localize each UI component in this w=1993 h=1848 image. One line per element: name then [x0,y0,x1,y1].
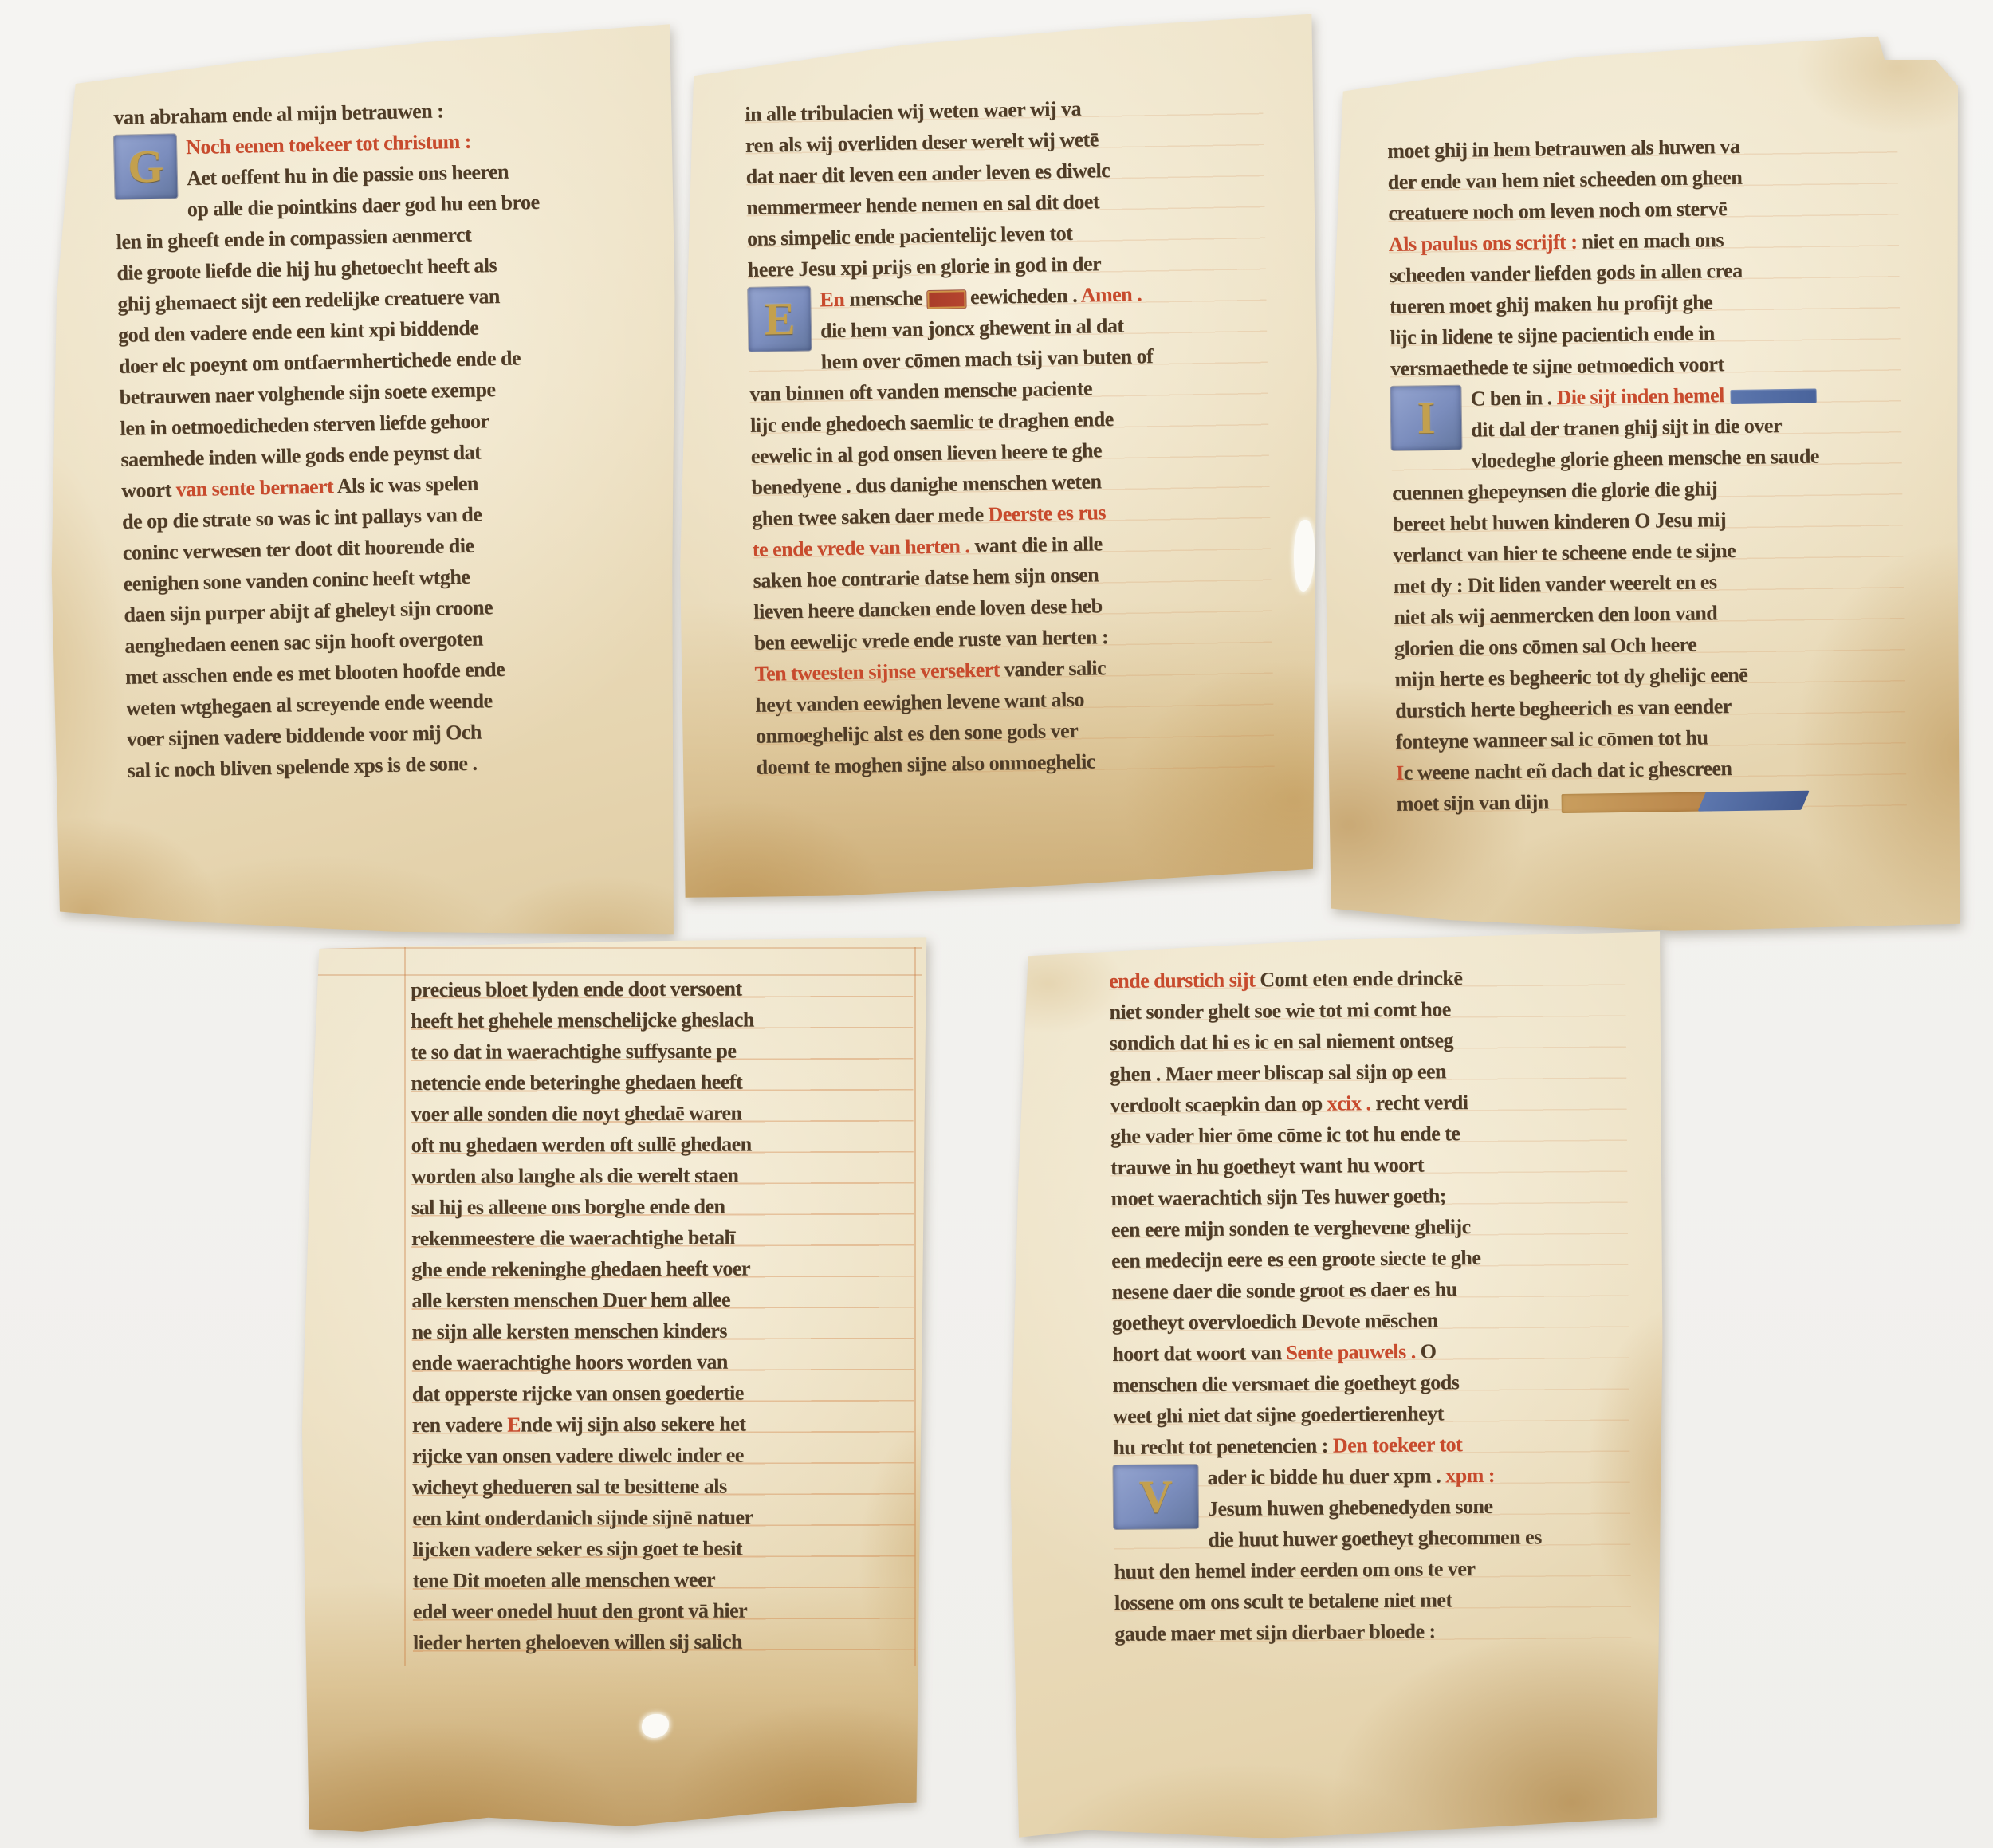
body-text: bereet hebt huwen kinderen O Jesu mij [1393,508,1727,536]
illuminated-initial: E [748,287,811,352]
body-text: menschen die versmaet die goetheyt gods [1112,1370,1459,1397]
illuminated-initial: G [114,134,178,199]
text-line: ghe ende rekeninghe ghedaen heeft voer [411,1252,914,1285]
body-text: len in gheeft ende in compassien aenmerc… [116,223,471,254]
body-text: ghij ghemaect sijt een redelijke creatue… [117,285,500,316]
body-text: coninc verwesen ter doot dit hoorende di… [123,534,474,564]
text-line: precieus bloet lyden ende doot versoent [411,973,913,1005]
body-text: ghe vader hier ōme cōme ic tot hu ende t… [1110,1122,1460,1148]
body-text: O [1416,1339,1437,1362]
body-text: ader ic bidde hu duer xpm . [1207,1464,1445,1489]
text-line: ende waerachtighe hoors worden van [412,1346,914,1378]
rubric-text: ende durstich sijt [1109,968,1260,993]
body-text: te so dat in waerachtighe suffysante pe [411,1040,736,1064]
body-text: Als ic was spelen [336,472,478,498]
leaf-1-text: van abraham ende al mijn betrauwen :GNoc… [113,92,638,786]
rubric-text: En [820,288,849,312]
illuminated-initial: V [1113,1465,1198,1529]
body-text: hu recht tot penetencien : [1113,1434,1333,1459]
manuscript-leaf-1: van abraham ende al mijn betrauwen :GNoc… [48,22,676,939]
body-text: eewelic in al god onsen lieven heere te … [751,438,1103,468]
text-line: nesene daer die sonde groot es daer es h… [1111,1272,1628,1307]
body-text: lijc ende ghedoech saemlic te draghen en… [750,407,1114,437]
body-text: trauwe in hu goetheyt want hu woort [1110,1154,1424,1179]
text-line: weet ghi niet dat sijne goedertierenheyt [1113,1396,1629,1432]
body-text: heeft het ghehele menschelijcke gheslach [411,1008,754,1032]
body-text: lieder herten gheloeven willen sij salic… [413,1630,742,1654]
body-text: sondich dat hi es ic en sal niement onts… [1110,1028,1453,1055]
body-text: onmoeghelijc alst es den sone gods ver [756,719,1079,748]
body-text: op alle die pointkins daer god hu een br… [187,191,540,221]
body-text: saken hoe contrarie datse hem sijn onsen [753,563,1099,592]
text-line: sal hij es alleene ons borghe ende den [411,1190,914,1223]
ruling-line [404,947,406,1666]
body-text: len in oetmoedicheden sterven liefde geh… [120,409,489,440]
vellum-leaf: ende durstich sijt Comt eten ende drinck… [1008,929,1664,1839]
body-text: huut den hemel inder eerden om ons te ve… [1114,1557,1476,1583]
body-text: dat naer dit leven een ander leven es di… [745,159,1110,188]
rubric-text: xpm : [1445,1464,1495,1488]
leaf-5-text: ende durstich sijt Comt eten ende drinck… [1109,961,1631,1649]
body-text: c weene nacht eñ dach dat ic ghescreen [1404,757,1732,784]
line-filler-ornament [1698,791,1810,812]
body-text: recht verdi [1370,1091,1468,1115]
text-line: een eere mijn sonden te verghevene gheli… [1111,1209,1628,1245]
text-line: wicheyt ghedueren sal te besittene als [412,1470,914,1503]
ruling-line [307,947,922,949]
body-text: betrauwen naer volghende sijn soete exem… [119,378,495,409]
body-text: die groote liefde die hij hu ghetoecht h… [116,254,497,285]
body-text: de op die strate so was ic int pallays v… [122,502,482,533]
body-text: ons simpelic ende pacientelijc leven tot [747,222,1073,250]
body-text: mensche [849,286,922,311]
body-text: weten wtghegaen al screyende ende weende [126,689,493,720]
body-text: versmaethede te sijne oetmoedich voort [1390,352,1724,380]
body-text: alle kersten menschen Duer hem allee [411,1288,730,1312]
body-text: ghen . Maer meer bliscap sal sijn op een [1110,1060,1446,1086]
manuscript-leaf-3: moet ghij in hem betrauwen als huwen vad… [1323,32,1961,933]
body-text: tene Dit moeten alle menschen weer [413,1568,715,1592]
rubric-text: Die sijt inden hemel [1556,383,1724,409]
body-text: hem over cōmen mach tsij van buten of [821,344,1154,373]
body-text: in alle tribulacien wij weten waer wij v… [745,97,1081,126]
body-text: moet waerachtich sijn Tes huwer goeth; [1110,1184,1446,1210]
body-text: ren vadere [412,1414,507,1437]
vellum-leaf: precieus bloet lyden ende doot versoenth… [299,934,930,1834]
text-line: hoort dat woort van Sente pauwels . O [1112,1334,1629,1370]
body-text: lieven heere dancken ende loven dese heb [753,594,1103,623]
body-text: weet ghi niet dat sijne goedertierenheyt [1113,1402,1444,1428]
text-line: worden also langhe als die werelt staen [411,1159,914,1192]
rubric-text: xcix . [1327,1091,1371,1115]
text-line: lossene om ons scult te betalene niet me… [1114,1583,1631,1618]
body-text: Comt eten ende drinckē [1260,966,1462,991]
body-text: dat opperste rijcke van onsen goedertie [412,1382,744,1406]
line-filler-ornament [1731,389,1817,405]
text-line: gaude maer met sijn dierbaer bloede : [1114,1614,1631,1649]
damage-spot [642,1714,669,1738]
body-text: ben eewelijc vrede ende ruste van herten… [754,625,1109,655]
body-text: rijcke van onsen vadere diwelc inder ee [412,1444,744,1468]
body-text: benedyene . dus danighe menschen weten [751,470,1101,499]
text-line: ne sijn alle kersten menschen kinders [411,1315,914,1347]
rubric-text: Deerste es rus [988,501,1106,526]
body-text: oft nu ghedaen werden oft sullē ghedaen [411,1133,752,1157]
body-text: edel weer onedel huut den gront vā hier [413,1599,747,1623]
damage-spot [1294,520,1315,592]
body-text: rekenmeestere die waerachtighe betalī [411,1226,735,1250]
body-text: met dy : Dit liden vander weerelt en es [1394,570,1717,598]
text-line: een kint onderdanich sijnde sijnē natuer [412,1501,914,1534]
body-text: precieus bloet lyden ende doot versoent [411,977,742,1001]
text-line: ren vadere Ende wij sijn also sekere het [412,1408,914,1441]
text-line: ende durstich sijt Comt eten ende drinck… [1109,961,1625,997]
body-text: heere Jesu xpi prijs en glorie in god in… [747,252,1101,281]
text-line: hu recht tot penetencien : Den toekeer t… [1113,1427,1629,1463]
rubric-text: Als paulus ons scrijft : [1389,230,1578,256]
vellum-leaf: van abraham ende al mijn betrauwen :GNoc… [48,22,676,939]
body-text: voer alle sonden die noyt ghedaē waren [411,1102,742,1126]
rubric-text: Noch eenen toekeer tot christum : [186,130,471,159]
body-text: Aet oeffent hu in die passie ons heeren [187,160,509,190]
text-line: menschen die versmaet die goetheyt gods [1112,1365,1629,1401]
text-line: niet sonder ghelt soe wie tot mi comt ho… [1109,992,1625,1028]
body-text: want die in alle [969,532,1103,557]
body-text: niet als wij aenmercken den loon vand [1394,601,1717,629]
body-text: god den vadere ende een kint xpi biddend… [118,316,479,346]
rubric-text: I [1396,761,1404,784]
body-text: tueren moet ghij maken hu profijt ghe [1390,290,1713,318]
text-line: rekenmeestere die waerachtighe betalī [411,1221,914,1254]
rubric-text: Ten tweesten sijnse versekert [754,658,1004,685]
manuscript-leaf-5: ende durstich sijt Comt eten ende drinck… [1008,929,1664,1839]
body-text: nesene daer die sonde groot es daer es h… [1111,1277,1456,1303]
body-text: doemt te moghen sijne also onmoeghelic [756,749,1095,778]
leaf-2-text: in alle tribulacien wij weten waer wij v… [745,90,1275,783]
body-text: aenghedaen eenen sac sijn hooft overgote… [124,627,483,657]
rubric-text: van sente bernaert [175,474,337,501]
leaf-3-text: moet ghij in hem betrauwen als huwen vad… [1387,128,1907,820]
body-text: durstich herte begheerich es van eender [1395,694,1732,722]
text-line: moet sijn van dijn [1396,781,1906,820]
body-text: nde wij sijn also sekere het [521,1413,745,1437]
body-text: sal hij es alleene ons borghe ende den [411,1195,725,1219]
text-line: lijcken vadere seker es sijn goet te bes… [412,1532,914,1565]
body-text: ne sijn alle kersten menschen kinders [412,1319,727,1343]
text-line: ghe vader hier ōme cōme ic tot hu ende t… [1110,1116,1627,1152]
body-text: Jesum huwen ghebenedyden sone [1208,1495,1493,1520]
body-text: lijc in lidene te sijne pacientich ende … [1390,321,1715,349]
body-text: met asschen ende es met blooten hoofde e… [125,658,505,689]
text-line: oft nu ghedaen werden oft sullē ghedaen [411,1128,914,1161]
text-line: sondich dat hi es ic en sal niement onts… [1110,1023,1626,1059]
rubric-text: E [507,1414,521,1437]
manuscript-leaf-2: in alle tribulacien wij weten waer wij v… [678,10,1319,906]
body-text: lijcken vadere seker es sijn goet te bes… [412,1537,742,1561]
text-line: tene Dit moeten alle menschen weer [413,1563,915,1596]
text-line: Vader ic bidde hu duer xpm . xpm : [1113,1458,1629,1494]
body-text: nemmermeer hende nemen en sal dit doet [746,190,1099,219]
rubric-text: Sente pauwels . [1286,1340,1415,1364]
body-text: daen sijn purper abijt af gheleyt sijn c… [124,596,493,627]
body-text: sal ic noch bliven spelende xps is de so… [127,752,477,782]
line-filler-ornament [1562,792,1713,813]
text-line: huut den hemel inder eerden om ons te ve… [1114,1551,1630,1587]
body-text: van abraham ende al mijn betrauwen : [113,99,443,129]
body-text: niet en mach ons [1577,228,1724,254]
body-text: vander salic [1004,656,1107,681]
body-text: lossene om ons scult te betalene niet me… [1114,1588,1452,1614]
rubric-text: Den toekeer tot [1333,1433,1463,1457]
body-text: worden also langhe als die werelt staen [411,1164,739,1188]
body-text: moet sijn van dijn [1397,790,1554,816]
body-text: gaude maer met sijn dierbaer bloede : [1114,1619,1436,1646]
body-text: eewicheden . [970,284,1081,309]
body-text: ende waerachtighe hoors worden van [412,1351,728,1374]
body-text: scheeden vander liefden gods in allen cr… [1389,259,1743,287]
text-line: verdoolt scaepkin dan op xcix . recht ve… [1110,1085,1626,1121]
body-text: ghen twee saken daer mede [752,503,989,530]
body-text: netencie ende beteringhe ghedaen heeft [411,1071,742,1095]
text-line: dat opperste rijcke van onsen goedertie [412,1377,914,1410]
body-text: die huut huwer goetheyt ghecommen es [1208,1525,1542,1551]
body-text: voer sijnen vadere biddende voor mij Och [126,721,482,751]
body-text: moet ghij in hem betrauwen als huwen va [1387,135,1739,163]
body-text: C ben in . [1470,386,1556,411]
leaf-4-text: precieus bloet lyden ende doot versoenth… [411,973,915,1658]
text-line: lieder herten gheloeven willen sij salic… [413,1626,915,1658]
body-text: een kint onderdanich sijnde sijnē natuer [412,1506,753,1530]
text-line: te so dat in waerachtighe suffysante pe [411,1035,913,1068]
rubric-text: te ende vrede van herten . [753,534,970,561]
body-text: mijn herte es begheeric tot dy ghelijc e… [1394,663,1747,691]
text-line: voer alle sonden die noyt ghedaē waren [411,1097,914,1130]
body-text: heyt vanden eewighen levene want also [755,688,1084,717]
body-text: een medecijn eere es een groote siecte t… [1111,1246,1480,1272]
text-line: alle kersten menschen Duer hem allee [411,1284,914,1316]
line-filler-ornament [927,290,965,309]
text-line: heeft het ghehele menschelijcke gheslach [411,1004,913,1036]
body-text: doer elc poeynt om ontfaermhertichede en… [119,346,521,378]
body-text: cuennen ghepeynsen die glorie die ghij [1392,477,1717,505]
body-text: goetheyt overvloedich Devote mēschen [1112,1308,1438,1335]
body-text: een eere mijn sonden te verghevene gheli… [1111,1215,1471,1241]
body-text: van binnen oft vanden mensche paciente [749,376,1092,405]
body-text: wicheyt ghedueren sal te besittene als [412,1475,726,1499]
text-line: rijcke van onsen vadere diwelc inder ee [412,1439,914,1472]
body-text: verdoolt scaepkin dan op [1110,1092,1327,1117]
body-text: hoort dat woort van [1112,1341,1286,1366]
text-line: een medecijn eere es een groote siecte t… [1111,1241,1628,1276]
text-line: edel weer onedel huut den gront vā hier [413,1594,915,1627]
body-text: creatuere noch om leven noch om stervē [1388,197,1727,225]
body-text: der ende van hem niet scheeden om gheen [1388,166,1743,194]
text-line: trauwe in hu goetheyt want hu woort [1110,1147,1627,1183]
body-text: eenighen sone vanden coninc heeft wtghe [123,565,470,596]
text-line: moet waerachtich sijn Tes huwer goeth; [1110,1178,1627,1214]
body-text: verlanct van hier te scheene ende te sij… [1393,539,1736,567]
body-text: glorien die ons cōmen sal Och heere [1394,633,1697,660]
rubric-text: Amen . [1080,282,1142,306]
manuscript-leaf-4: precieus bloet lyden ende doot versoenth… [299,934,930,1834]
text-line: netencie ende beteringhe ghedaen heeft [411,1066,913,1099]
illuminated-initial: I [1390,386,1461,450]
vellum-leaf: moet ghij in hem betrauwen als huwen vad… [1323,32,1961,933]
body-text: ren als wij overliden deser werelt wij w… [745,128,1099,157]
body-text: vloedeghe glorie gheen mensche en saude [1472,444,1820,472]
text-line: ghen . Maer meer bliscap sal sijn op een [1110,1054,1626,1090]
body-text: fonteyne wanneer sal ic cōmen tot hu [1395,725,1708,753]
photo-of-manuscript-leaves: { "palette":{ "background":"#f3f2ef", "v… [0,0,1993,1848]
body-text: woort [121,478,176,501]
body-text: saemhede inden wille gods ende peynst da… [120,440,481,470]
body-text: dit dal der tranen ghij sijt in die over [1471,414,1782,441]
body-text: niet sonder ghelt soe wie tot mi comt ho… [1109,997,1450,1024]
vellum-leaf: in alle tribulacien wij weten waer wij v… [678,10,1319,906]
body-text: die hem van joncx ghewent in al dat [820,314,1124,343]
text-line: goetheyt overvloedich Devote mēschen [1112,1303,1629,1339]
body-text: ghe ende rekeninghe ghedaen heeft voer [411,1257,750,1281]
